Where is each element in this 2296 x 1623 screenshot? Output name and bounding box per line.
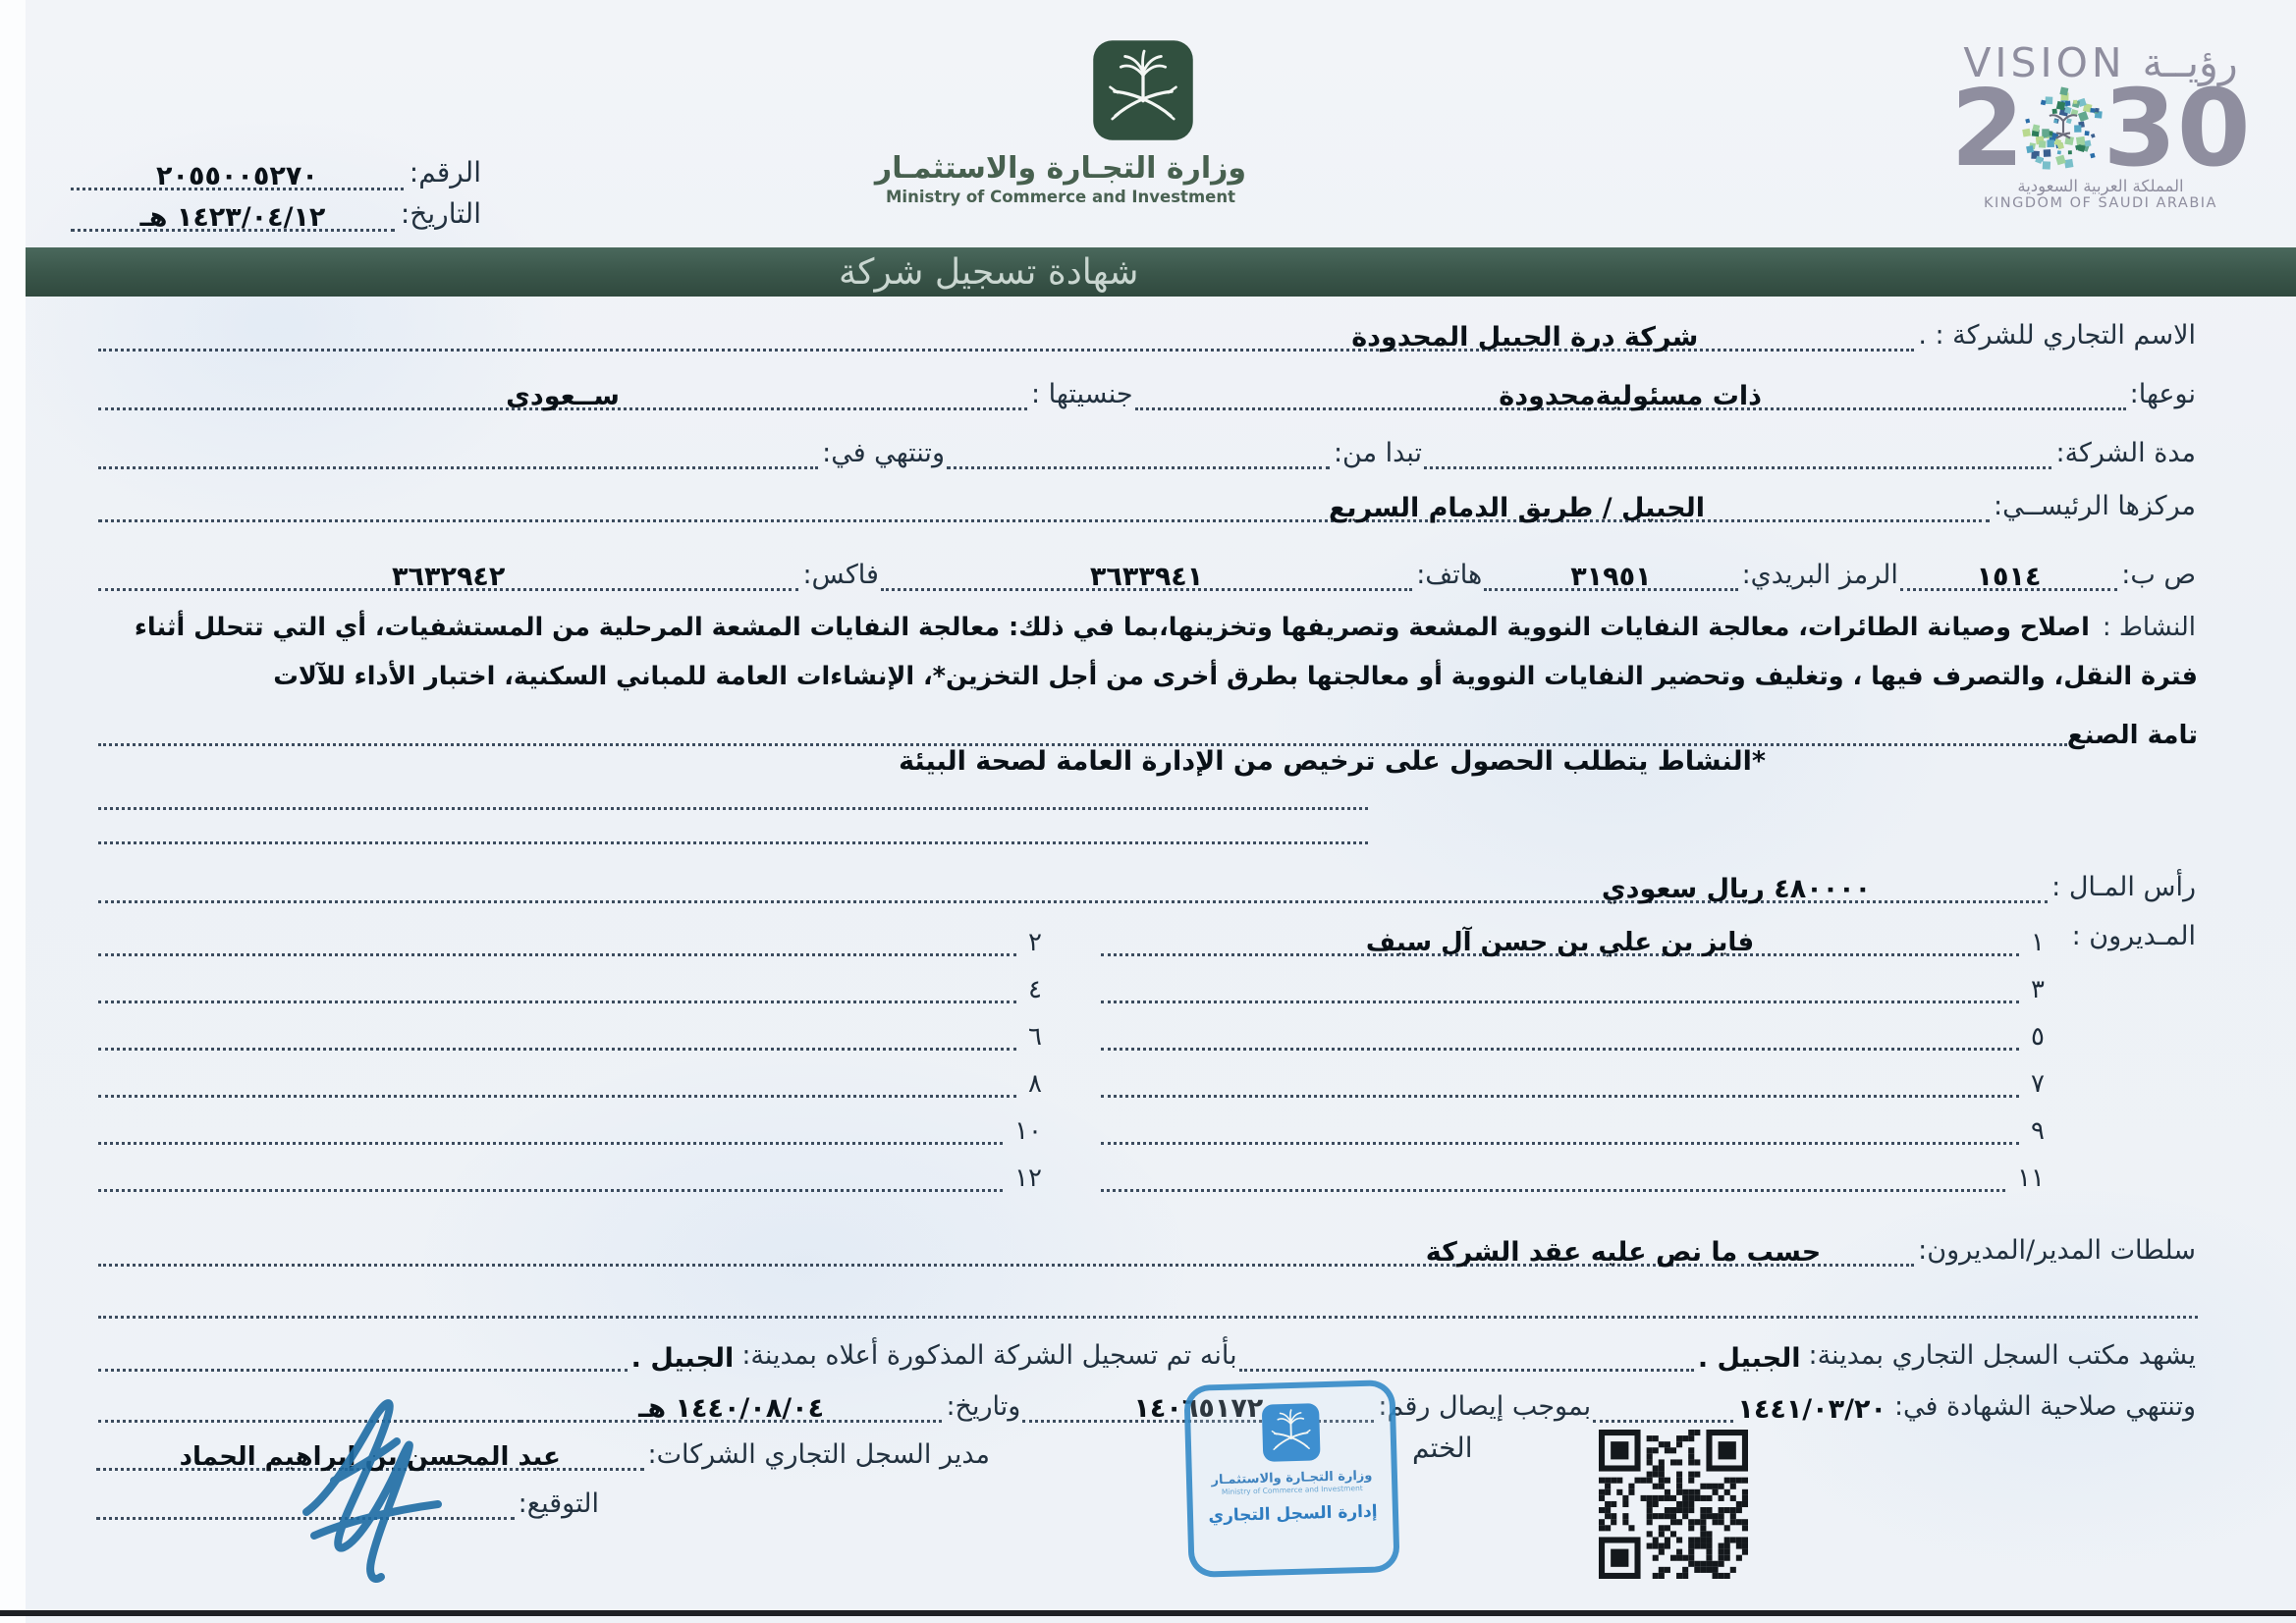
dotted-line: [98, 1267, 2198, 1319]
manager-number: ٥: [2019, 1024, 2047, 1051]
nationality-value: ســعودى: [506, 383, 620, 409]
headquarters-value: الجبيل / طريق الدمام السريع: [1329, 495, 1705, 521]
stamp-department: إدارة السجل التجاري: [1208, 1502, 1378, 1527]
registrar-label: مدير السجل التجاري الشركات:: [644, 1439, 993, 1471]
doc-number-value: ٢٠٥٥٠٠٥٢٧٠: [156, 163, 318, 189]
ministry-name-ar: وزارة التجـارة والاستثمـار: [845, 151, 1277, 186]
dotted-line: [1239, 1369, 1694, 1372]
attestation-city: الجبيل .: [1694, 1343, 1805, 1374]
zip-label: الرمز البريدي:: [1738, 560, 1900, 591]
manager-slot-2: ٢: [98, 909, 1044, 956]
activity-license-note: *النشاط يتطلب الحصول على ترخيص من الإدار…: [98, 746, 2198, 782]
doc-date-value: ١٤٢٣/٠٤/١٢ هـ: [139, 204, 325, 231]
stamp-emblem-icon: [1259, 1399, 1322, 1466]
signature-label: التوقيع:: [515, 1488, 601, 1520]
ministry-emblem-icon: [1090, 37, 1196, 143]
signature-scribble: [277, 1386, 473, 1597]
manager-slot-1: ١ فايز بن علي بن حسن آل سيف: [1101, 909, 2047, 956]
dotted-line: حسب ما نص عليه عقد الشركة: [98, 1237, 1914, 1267]
duration-end-label: وتنتهي في:: [818, 438, 947, 469]
dotted-line: ٢٠٥٥٠٠٥٢٧٠: [71, 161, 404, 190]
duration-row: مدة الشركة: تبدا من: وتنتهي في:: [98, 428, 2198, 469]
dotted-line: ٣٦٣٣٩٤١: [881, 562, 1412, 591]
managers-grid: ١ فايز بن علي بن حسن آل سيف ٢ ٣ ٤ ٥ ٦ ٧ …: [98, 909, 2047, 1192]
dotted-line: فايز بن علي بن حسن آل سيف: [1101, 928, 2019, 956]
dotted-line: [98, 782, 1368, 810]
ministry-header: وزارة التجـارة والاستثمـار Ministry of C…: [845, 37, 1277, 206]
manager-number: ٣: [2019, 977, 2047, 1003]
dotted-line: شركة درة الجبيل المحدودة: [98, 322, 1914, 352]
country-name-en: KINGDOM OF SAUDI ARABIA: [1923, 195, 2278, 211]
vision-year-suffix: 30: [2103, 84, 2250, 175]
manager-number: ٦: [1016, 1024, 1044, 1051]
powers-value: حسب ما نص عليه عقد الشركة: [1426, 1239, 1821, 1266]
attestation-row: يشهد مكتب السجل التجاري بمدينة: الجبيل .…: [98, 1326, 2198, 1372]
registrar-row: مدير السجل التجاري الشركات: عبد المحسن ب…: [96, 1426, 992, 1471]
managers-section: المـديرون : ١ فايز بن علي بن حسن آل سيف …: [98, 909, 2198, 1192]
doc-number-label: الرقم:: [404, 157, 481, 190]
powers-row: سلطات المدير/المديرون: حسب ما نص عليه عق…: [98, 1216, 2198, 1267]
dotted-line: [98, 1189, 1003, 1192]
manager-slot-11: ١١: [1101, 1145, 2047, 1192]
trade-name-row: الاسم التجاري للشركة : . شركة درة الجبيل…: [98, 310, 2198, 352]
powers-label: سلطات المدير/المديرون:: [1914, 1235, 2198, 1267]
dotted-line: [947, 466, 1330, 469]
manager-slot-12: ١٢: [98, 1145, 1044, 1192]
phone-label: هاتف:: [1412, 560, 1484, 591]
vision-year: 2 30: [1923, 84, 2278, 175]
manager-number: ٢: [1016, 930, 1044, 956]
manager-slot-10: ١٠: [98, 1098, 1044, 1145]
dotted-line: ٣١٩٥١: [1484, 562, 1737, 591]
activity-line-2: فترة النقل، والتصرف فيها ، وتغليف وتحضير…: [98, 652, 2198, 701]
trade-name-value: شركة درة الجبيل المحدودة: [1351, 324, 1698, 351]
dotted-line: ١٤٢٣/٠٤/١٢ هـ: [71, 202, 395, 232]
manager-slot-4: ٤: [98, 956, 1044, 1003]
fax-value: ٣٦٣٢٩٤٢: [392, 564, 505, 590]
doc-date-label: التاريخ:: [395, 198, 481, 232]
certificate-page: الرقم: ٢٠٥٥٠٠٥٢٧٠ التاريخ: ١٤٢٣/٠٤/١٢ هـ…: [0, 0, 2296, 1623]
duration-label: مدة الشركة:: [2051, 438, 2198, 469]
manager-name: فايز بن علي بن حسن آل سيف: [1366, 930, 1754, 955]
fax-label: فاكس:: [798, 560, 881, 591]
doc-date-row: التاريخ: ١٤٢٣/٠٤/١٢ هـ: [71, 190, 481, 232]
headquarters-label: مركزها الرئيســي:: [1990, 491, 2198, 522]
zip-value: ٣١٩٥١: [1570, 564, 1651, 590]
doc-number-row: الرقم: ٢٠٥٥٠٠٥٢٧٠: [71, 149, 481, 190]
dotted-line: [98, 466, 818, 469]
pobox-label: ص ب:: [2117, 560, 2198, 591]
manager-slot-8: ٨: [98, 1051, 1044, 1098]
manager-number: ٧: [2019, 1071, 2047, 1098]
certificate-title: شهادة تسجيل شركة: [839, 252, 1138, 293]
manager-slot-3: ٣: [1101, 956, 2047, 1003]
phone-value: ٣٦٣٣٩٤١: [1090, 564, 1203, 590]
duration-start-label: تبدا من:: [1330, 438, 1424, 469]
seal-label: الختم: [1412, 1432, 1472, 1464]
dotted-line: [1424, 466, 2052, 469]
manager-number: ١٠: [1003, 1118, 1044, 1145]
scan-edge-line: [0, 1610, 2296, 1616]
dotted-line: ســعودى: [98, 381, 1027, 410]
manager-number: ٤: [1016, 977, 1044, 1003]
dotted-line: [1101, 1189, 2005, 1192]
registry-stamp: وزارة التجـارة والاستثمـار Ministry of C…: [1183, 1380, 1399, 1578]
pobox-value: ١٥١٤: [1977, 564, 2042, 590]
manager-slot-5: ٥: [1101, 1003, 2047, 1051]
validity-date: ١٤٤١/٠٣/٢٠: [1733, 1394, 1890, 1425]
attestation-label: يشهد مكتب السجل التجاري بمدينة:: [1804, 1340, 2198, 1372]
trade-name-label: الاسم التجاري للشركة : .: [1914, 320, 2198, 352]
activity-line-1: النشاط : اصلاح وصيانة الطائرات، معالجة ا…: [98, 603, 2198, 652]
vision-year-prefix: 2: [1950, 84, 2024, 175]
manager-number: ٨: [1016, 1071, 1044, 1098]
manager-number: ١: [2019, 930, 2047, 956]
vision-mosaic-icon: [2020, 86, 2106, 173]
dotted-line: الجبيل / طريق الدمام السريع: [98, 493, 1990, 522]
receipt-date-value: ١٤٤٠/٠٨/٠٤ هـ: [638, 1395, 824, 1422]
capital-row: رأس المـال : ٤٨٠٠٠٠ ريال سعودي: [98, 860, 2198, 903]
headquarters-row: مركزها الرئيســي: الجبيل / طريق الدمام ا…: [98, 483, 2198, 522]
capital-label: رأس المـال :: [2048, 872, 2198, 903]
dotted-line: [1593, 1420, 1733, 1423]
doc-numbers-block: الرقم: ٢٠٥٥٠٠٥٢٧٠ التاريخ: ١٤٢٣/٠٤/١٢ هـ: [71, 149, 481, 232]
receipt-label: بموجب إيصال رقم:: [1374, 1391, 1593, 1423]
certificate-title-banner: شهادة تسجيل شركة: [26, 247, 2296, 297]
dotted-line: ذات مسئوليةمحدودة: [1135, 381, 2126, 410]
managers-label: المـديرون :: [2047, 909, 2198, 952]
capital-value: ٤٨٠٠٠٠ ريال سعودي: [1602, 876, 1871, 902]
manager-slot-9: ٩: [1101, 1098, 2047, 1145]
company-type-value: ذات مسئوليةمحدودة: [1499, 383, 1762, 409]
manager-number: ١١: [2005, 1165, 2047, 1192]
vision-2030-logo: VISION رؤيــة 2 30 المملكة العربية السعو…: [1923, 39, 2278, 211]
contact-row: ص ب: ١٥١٤ الرمز البريدي: ٣١٩٥١ هاتف: ٣٦٣…: [98, 548, 2198, 591]
dotted-line: ١٤٤٠/٠٨/٠٤ هـ: [520, 1393, 943, 1423]
manager-slot-7: ٧: [1101, 1051, 2047, 1098]
activity-line-3: تامة الصنع: [98, 701, 2198, 746]
attestation-mid-label: بأنه تم تسجيل الشركة المذكورة أعلاه بمدي…: [738, 1340, 1238, 1372]
activity-section: النشاط : اصلاح وصيانة الطائرات، معالجة ا…: [98, 603, 2198, 782]
activity-label: النشاط :: [2099, 613, 2198, 643]
receipt-date-label: وتاريخ:: [942, 1391, 1022, 1423]
validity-label: وتنتهي صلاحية الشهادة في:: [1890, 1391, 2198, 1423]
ministry-name-en: Ministry of Commerce and Investment: [845, 188, 1277, 206]
dotted-line: ٣٦٣٢٩٤٢: [98, 562, 798, 591]
type-row: نوعها: ذات مسئوليةمحدودة جنسيتها : ســعو…: [98, 369, 2198, 410]
nationality-label: جنسيتها :: [1027, 379, 1135, 410]
company-type-label: نوعها:: [2126, 379, 2198, 410]
activity-text-2: فترة النقل، والتصرف فيها ، وتغليف وتحضير…: [273, 662, 2198, 691]
dotted-line: ٤٨٠٠٠٠ ريال سعودي: [98, 874, 2048, 903]
dotted-line: [98, 810, 1368, 844]
manager-number: ٩: [2019, 1118, 2047, 1145]
dotted-line: [98, 1369, 628, 1372]
dotted-line: ١٥١٤: [1900, 562, 2117, 591]
activity-text-3: تامة الصنع: [2067, 723, 2198, 748]
qr-code: [1599, 1430, 1748, 1579]
activity-text-1: اصلاح وصيانة الطائرات، معالجة النفايات ا…: [135, 613, 2090, 642]
manager-slot-6: ٦: [98, 1003, 1044, 1051]
attestation-city-2: الجبيل .: [628, 1343, 738, 1374]
certificate-body: الاسم التجاري للشركة : . شركة درة الجبيل…: [0, 297, 2296, 1423]
manager-number: ١٢: [1003, 1165, 1044, 1192]
